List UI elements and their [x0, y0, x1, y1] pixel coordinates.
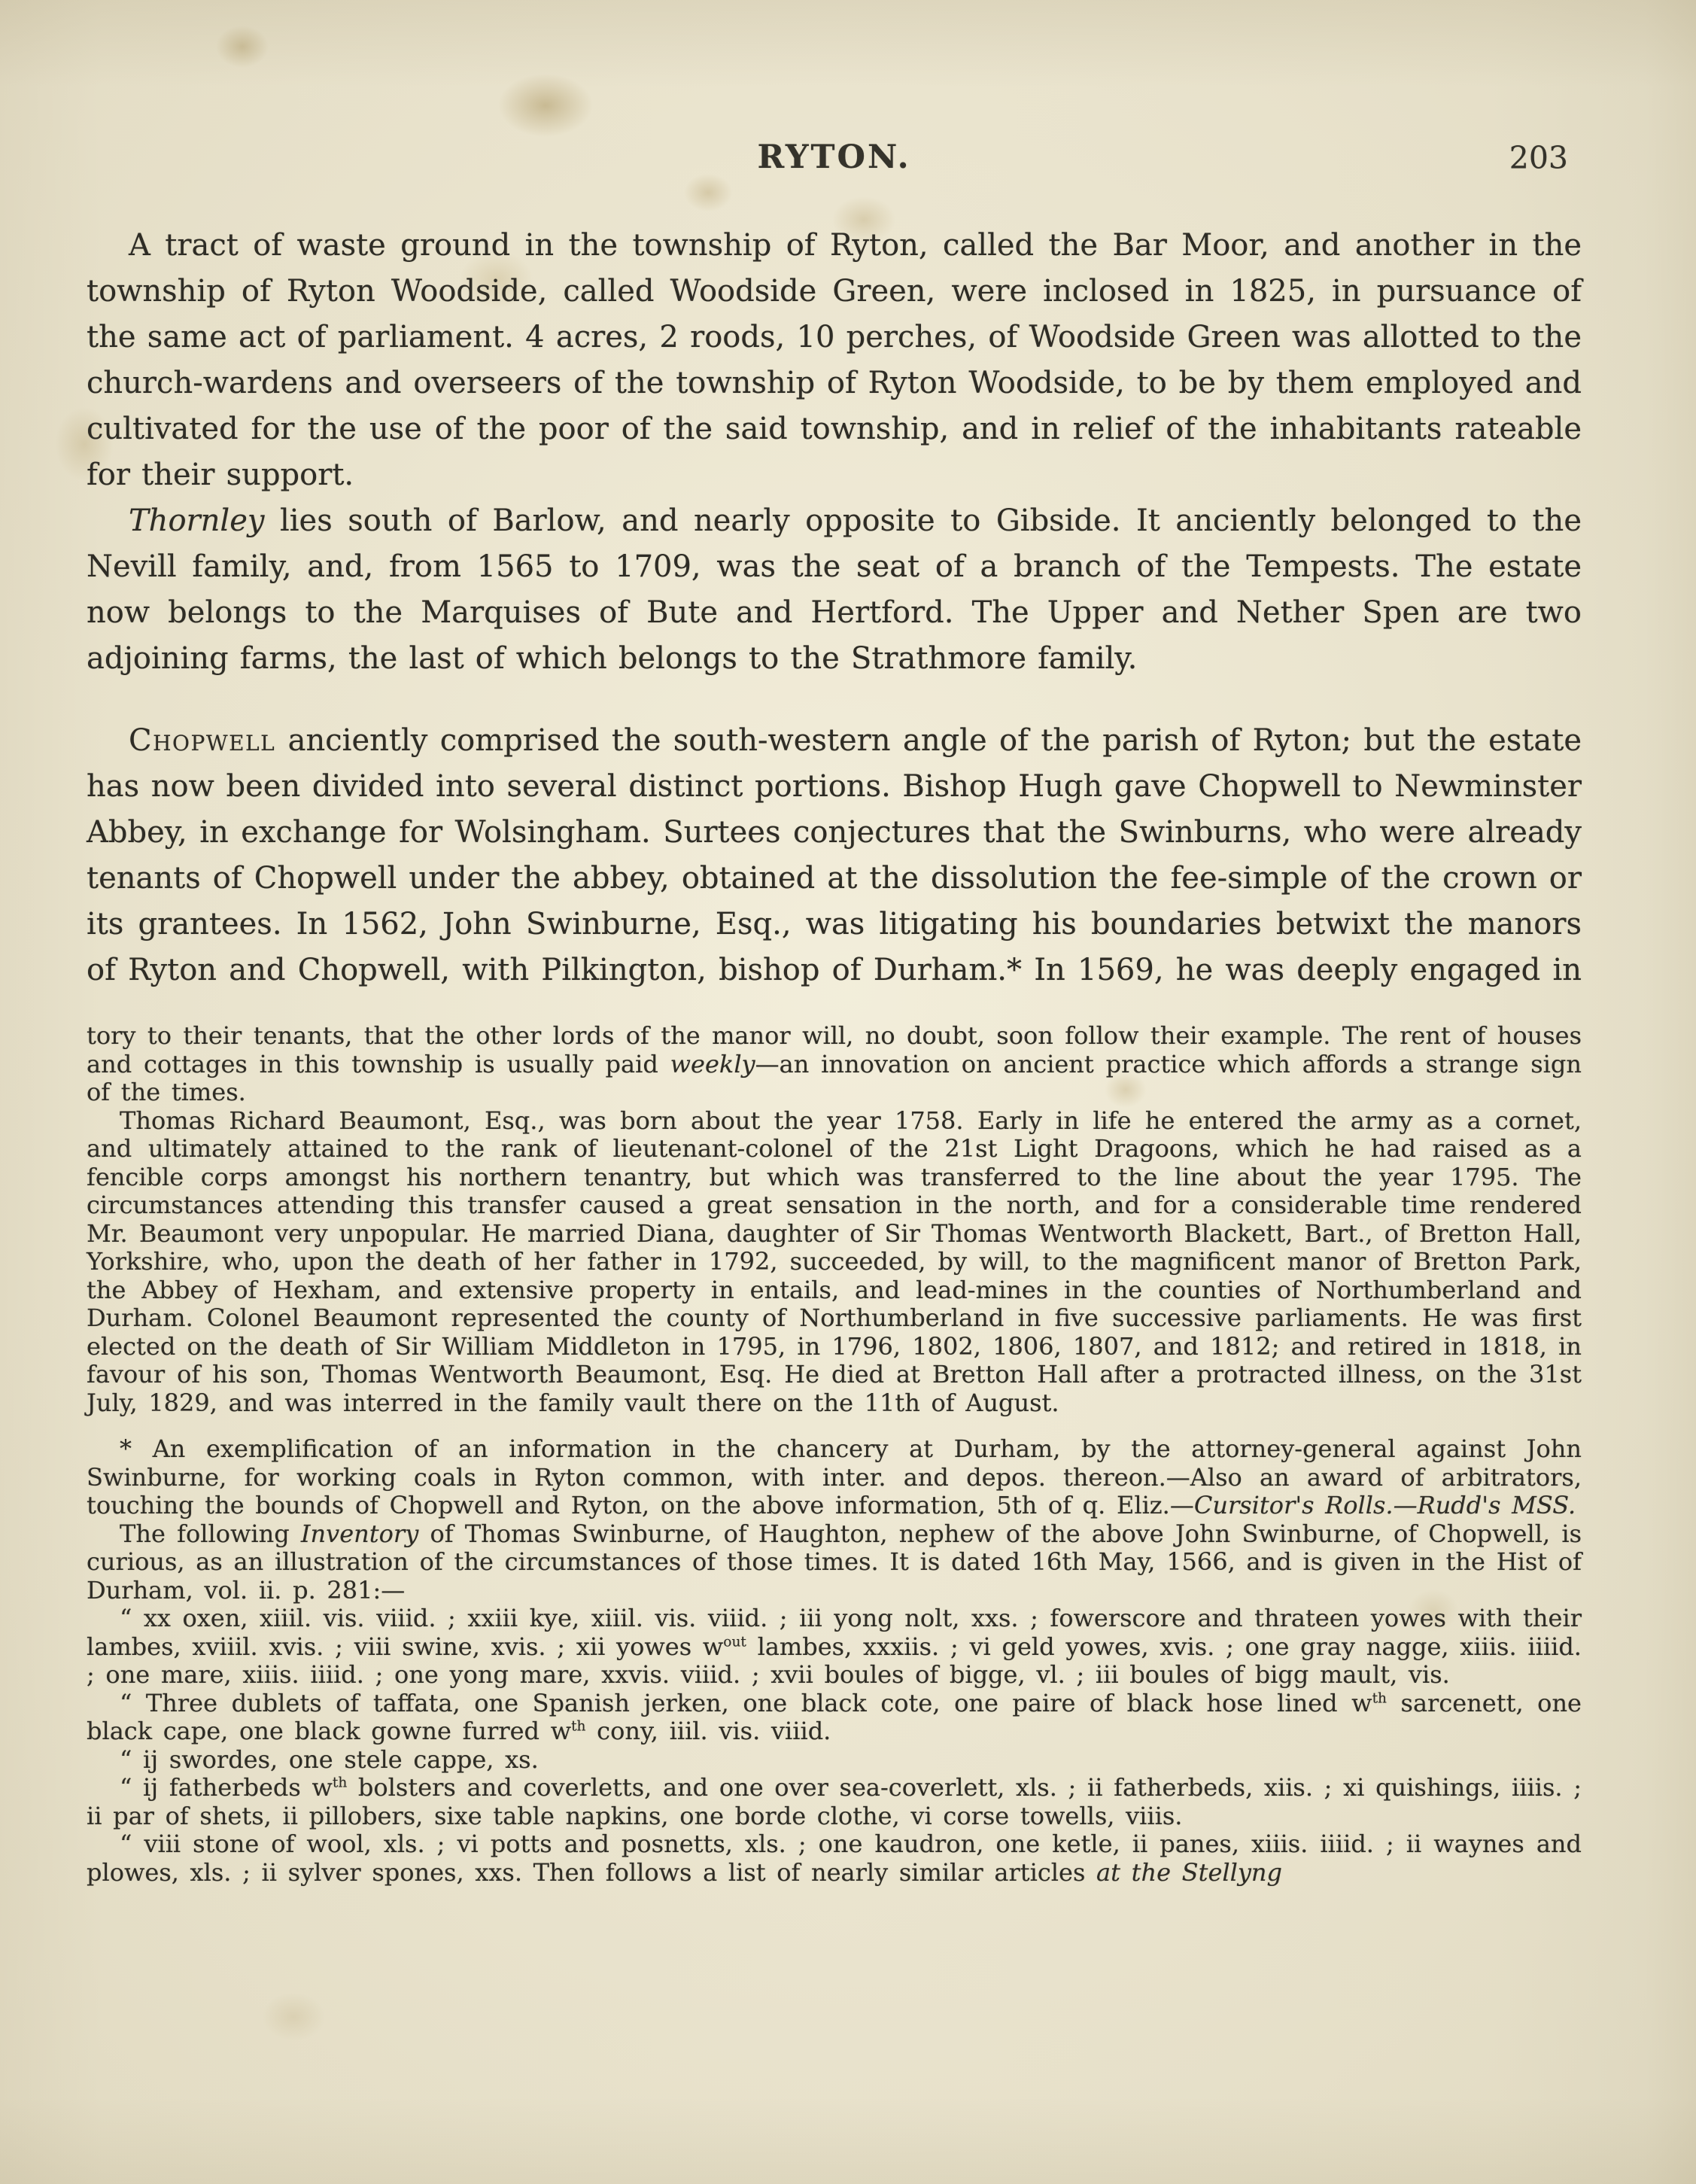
running-title: RYTON. — [87, 138, 1582, 176]
footnote-block: tory to their tenants, that the other lo… — [87, 1022, 1582, 1887]
footnote-inventory-bedding: “ ij fatherbeds wth bolsters and coverle… — [87, 1774, 1582, 1830]
footnote-continuation: tory to their tenants, that the other lo… — [87, 1022, 1582, 1107]
running-head: RYTON. 203 — [87, 138, 1582, 178]
footnote-inventory-livestock: “ xx oxen, xiiil. vis. viiid. ; xxiii ky… — [87, 1605, 1582, 1690]
page-number: 203 — [1509, 140, 1568, 176]
footnote-beaumont: Thomas Richard Beaumont, Esq., was born … — [87, 1107, 1582, 1418]
page-content: RYTON. 203 A tract of waste ground in th… — [87, 0, 1582, 1887]
footnote-inventory-intro: The following Inventory of Thomas Swinbu… — [87, 1520, 1582, 1605]
scanned-book-page: RYTON. 203 A tract of waste ground in th… — [0, 0, 1696, 2184]
footnote-asterisk-note: * An exemplification of an information i… — [87, 1435, 1582, 1520]
paragraph-chopwell: Chopwell anciently comprised the south-w… — [87, 718, 1582, 993]
footnote-inventory-swordes: “ ij swordes, one stele cappe, xs. — [87, 1746, 1582, 1775]
footnote-inventory-household: “ viii stone of wool, xls. ; vi potts an… — [87, 1830, 1582, 1887]
main-text-block: A tract of waste ground in the township … — [87, 223, 1582, 993]
footnote-inventory-clothing: “ Three dublets of taffata, one Spanish … — [87, 1690, 1582, 1746]
paragraph-thornley: Thornley lies south of Barlow, and nearl… — [87, 498, 1582, 682]
paragraph-bar-moor: A tract of waste ground in the township … — [87, 223, 1582, 498]
